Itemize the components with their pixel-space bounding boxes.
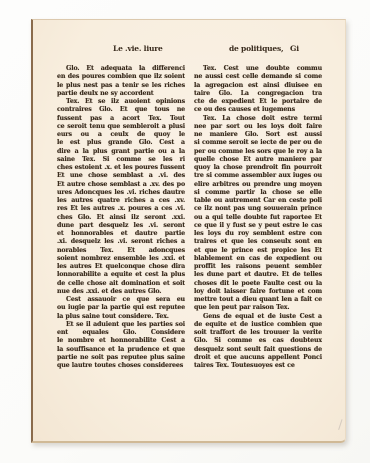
- text-line: .xi. desquelz les .vi. seront riches a h…: [57, 238, 185, 246]
- text-column-left: Glo. Et adequata la differencien des pou…: [57, 65, 185, 370]
- text-line: taires Tex. Toutesuoyes est ce: [194, 362, 322, 370]
- text-line: et que le prince est propice les Et sem: [194, 247, 322, 255]
- text-line: Et une chose semblast a .vi. des riches: [57, 172, 185, 180]
- text-line: saine Tex. Si comme se les ri: [57, 156, 185, 164]
- paragraph: Tex. Cest une doubte commune aussi cest …: [194, 65, 322, 115]
- text-line: desquelz sont seult fait questions de: [194, 346, 322, 354]
- text-line: le nombre et honnorabilite Cest a dire: [57, 337, 185, 345]
- text-line: droit et que aucuns appellent Ponci: [194, 354, 322, 362]
- paragraph: Et se il aduient que les parties soient …: [57, 321, 185, 371]
- text-line: la agregacion est ainsi diuisee en une p: [194, 82, 322, 90]
- text-line: norables Tex. Et adoncques: [57, 247, 185, 255]
- paragraph: Cest assauoir ce que sera eu donneou iug…: [57, 296, 185, 321]
- text-line: les dune part et dautre. Et de telles: [194, 271, 322, 279]
- text-line: le plus nest pas a tenir se les riches o…: [57, 82, 185, 90]
- text-column-right: Tex. Cest une doubte commune aussi cest …: [194, 65, 322, 370]
- text-line: cte de expedient Et le portaire de iusti: [194, 98, 322, 106]
- text-line: nee par sort ou les loys doit faire aucu: [194, 123, 322, 131]
- text-line: taire Glo. La congregacion tra: [194, 90, 322, 98]
- text-line: Tex. La chose doit estre termi: [194, 115, 322, 123]
- text-line: de celle chose ait domination et soit te: [57, 280, 185, 288]
- text-line: fussent pas a acort Tex. Tout: [57, 115, 185, 123]
- text-line: per ou comme les sors que le roy a la si: [194, 148, 322, 156]
- text-line: Cest assauoir ce que sera eu donne: [57, 296, 185, 304]
- book-page: Le .vie. liure de politiques, Gi Glo. Et…: [31, 19, 346, 443]
- text-line: loy doit laisser faire fortune et com: [194, 288, 322, 296]
- text-line: le est plus grande Glo. Cest a: [57, 139, 185, 147]
- text-line: que lautre toutes choses considerees: [57, 362, 185, 370]
- text-line: partie deulx ne sy accordent: [57, 90, 185, 98]
- text-line: proffit les raisons peuent sembler equa: [194, 263, 322, 271]
- text-line: ne aussi cest celle demande si come dit …: [194, 73, 322, 81]
- text-line: et honnorables et dautre partie seront: [57, 230, 185, 238]
- text-line: Glo. Et adequata la differenci: [57, 65, 185, 73]
- text-line: ou a qui telle doubte fut raportee Et p: [194, 214, 322, 222]
- running-head-book-title: Le .vie. liure: [113, 44, 163, 53]
- text-line: quelle chose Et autre maniere par: [194, 156, 322, 164]
- text-line: Tex. Et se ilz auoient opinions: [57, 98, 185, 106]
- text-line: contraires Glo. Et que tous ne: [57, 106, 185, 114]
- text-line: la souffisance et la prudence et que une: [57, 346, 185, 354]
- text-line: Et autre chose semblast a .xv. des po: [57, 181, 185, 189]
- text-line: tre si comme assembler aux iuges ou: [194, 172, 322, 180]
- text-line: Tex. Cest une doubte commu: [194, 65, 322, 73]
- text-line: les loys du roy semblent estre con: [194, 230, 322, 238]
- text-line: si comme seroit se iecte de per ou de no: [194, 139, 322, 147]
- pencil-mark: [331, 417, 342, 430]
- paragraph: Tex. La chose doit estre terminee par so…: [194, 115, 322, 313]
- text-line: lonnorabilite a equite et cest la plus g…: [57, 271, 185, 279]
- text-line: ches Glo. Et ainsi ilz seront .xxi.: [57, 214, 185, 222]
- text-line: dune part desquelz les .vi. seront riche…: [57, 222, 185, 230]
- text-line: ce ilz nont pas ung souuerain prince: [194, 205, 322, 213]
- text-line: Gens de equal et de iuste Cest a dire: [194, 313, 322, 321]
- text-line: Glo. Si comme es cas doubteux: [194, 337, 322, 345]
- text-line: ures Adoncques les .vi. riches dautre: [57, 189, 185, 197]
- text-line: ches estoient .x. et les poures fussent …: [57, 164, 185, 172]
- paragraph: Gens de equal et de iuste Cest a direde …: [194, 313, 322, 371]
- text-line: dire a la plus grant partie ou a la plus: [57, 148, 185, 156]
- text-line: les autres Et quelconque chose dira: [57, 263, 185, 271]
- text-line: la plus saine tout considere. Tex.: [57, 313, 185, 321]
- text-line: blablement en cas de expedient ou de: [194, 255, 322, 263]
- paragraph: Glo. Et adequata la differencien des pou…: [57, 65, 185, 98]
- text-line: partie ne soit pas reputee plus saine: [57, 354, 185, 362]
- text-line: en des poures combien que ilz soient: [57, 73, 185, 81]
- text-line: traires et que les conseulx sont en dou: [194, 238, 322, 246]
- text-line: ent equales Glo. Considere: [57, 329, 185, 337]
- running-head-work-title: de politiques,: [229, 44, 283, 53]
- text-line: ou iugie par la partie qui est reputee: [57, 304, 185, 312]
- text-line: Et se il aduient que les parties soi: [57, 321, 185, 329]
- text-line: table ou autrement Car en ceste poli: [194, 197, 322, 205]
- text-line: elire arbitres ou prendre ung moyen: [194, 181, 322, 189]
- text-line: eurs ou a ceulx de quoy le honorables: [57, 131, 185, 139]
- text-line: soit traffort de les trouuer la verite: [194, 329, 322, 337]
- paragraph: Tex. Et se ilz auoient opinionscontraire…: [57, 98, 185, 296]
- photo-background: Le .vie. liure de politiques, Gi Glo. Et…: [0, 0, 370, 463]
- text-line: nue des .xxi. et des autres Glo.: [57, 288, 185, 296]
- text-line: quoy la chose prendroit fin pourroit e: [194, 164, 322, 172]
- text-line: res Et les autres .x. poures a ces .vi. …: [57, 205, 185, 213]
- text-line: que len peut par raison Tex.: [194, 304, 322, 312]
- text-line: soient nombrez ensemble les .xxi. et: [57, 255, 185, 263]
- text-line: de equite et de iustice combien que ce: [194, 321, 322, 329]
- text-line: ne maniere Glo. Sort est aussi: [194, 131, 322, 139]
- text-line: ce ou des causes et iugemens: [194, 106, 322, 114]
- text-line: ce seroit tenu que sembleroit a plusi: [57, 123, 185, 131]
- text-line: choses dit le poete Faulte cest ou la: [194, 280, 322, 288]
- signature-mark: Gi: [290, 44, 299, 53]
- text-line: mettre tout a dieu quant len a fait ce: [194, 296, 322, 304]
- text-line: les autres quatre riches a ces .xv. pou: [57, 197, 185, 205]
- text-line: si comme partir la chose se elle estoit …: [194, 189, 322, 197]
- text-line: ce que il y fust se y peut estre le cas …: [194, 222, 322, 230]
